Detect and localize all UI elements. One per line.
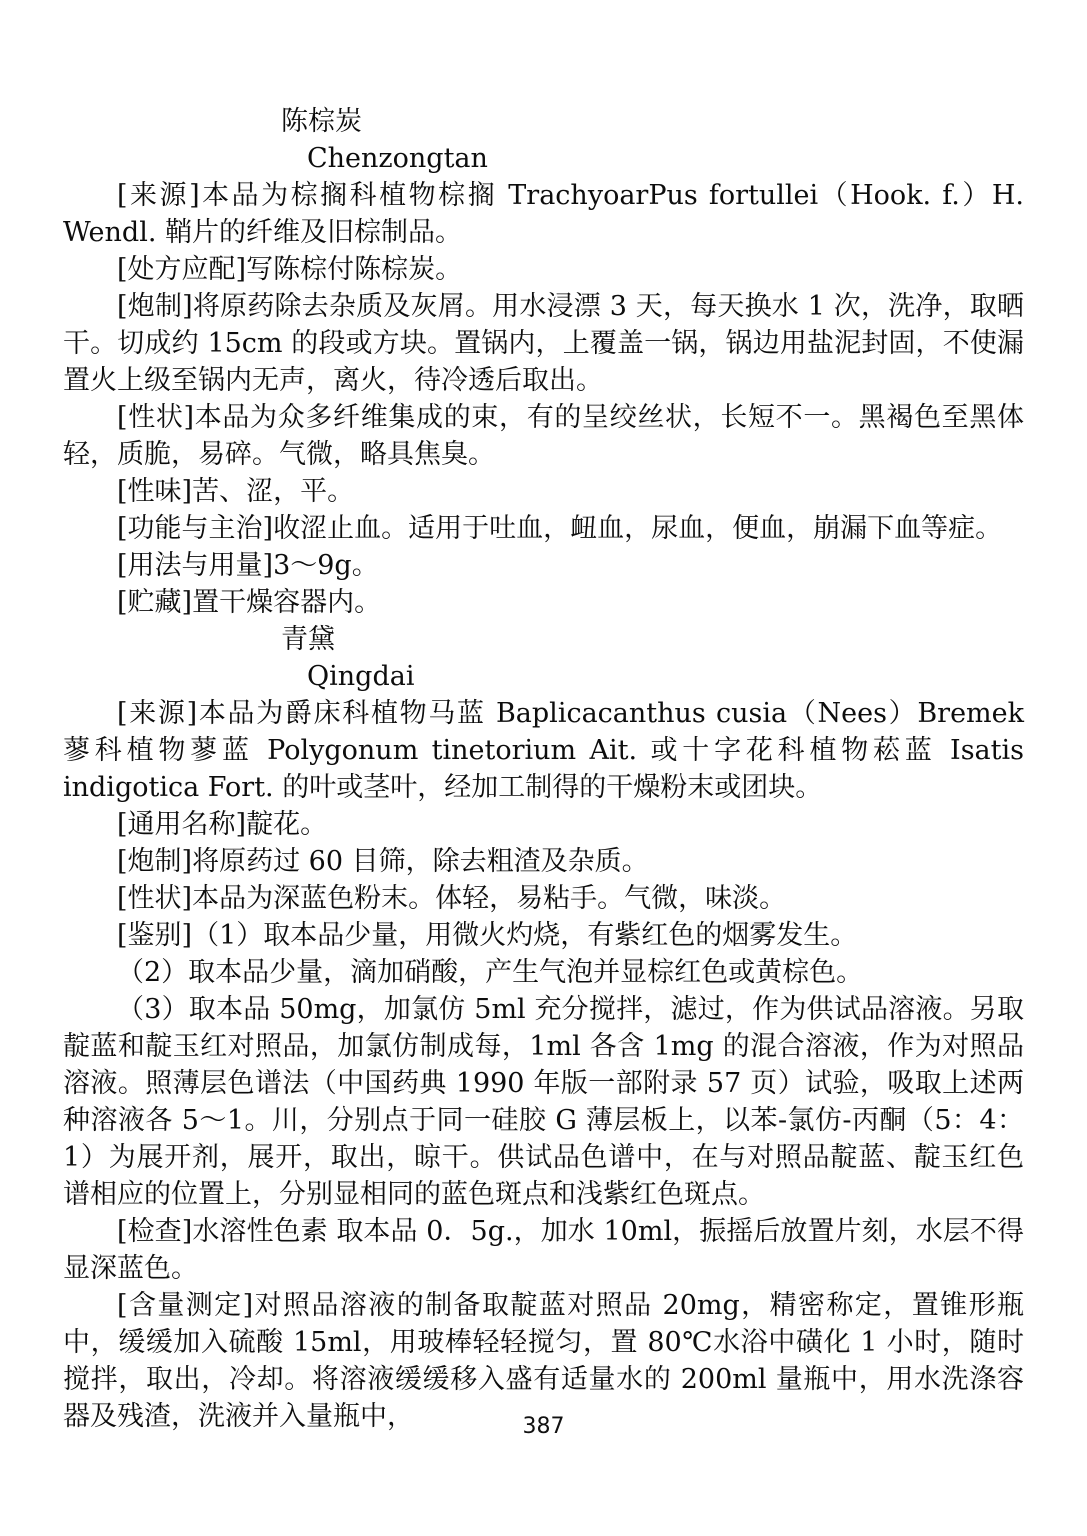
paragraph: [炮制]将原药过 60 目筛，除去粗渣及杂质。 [63,843,1024,880]
paragraph: [处方应配]写陈棕付陈棕炭。 [63,251,1024,288]
paragraph: [检查]水溶性色素 取本品 0．5g.，加水 10ml，振摇后放置片刻，水层不得… [63,1213,1024,1287]
paragraph: [通用名称]靛花。 [63,806,1024,843]
section-pinyin: Chenzongtan [63,140,1024,177]
paragraph: [贮藏]置干燥容器内。 [63,584,1024,621]
document-page: { "page": { "number": "387" }, "sections… [0,0,1087,1536]
section-pinyin: Qingdai [63,658,1024,695]
paragraph: [用法与用量]3～9g。 [63,547,1024,584]
paragraph: [鉴别]（1）取本品少量，用微火灼烧，有紫红色的烟雾发生。 [63,917,1024,954]
paragraph: （3）取本品 50mg，加氯仿 5ml 充分搅拌，滤过，作为供试品溶液。另取靛蓝… [63,991,1024,1213]
section-title: 青黛 [63,621,1024,658]
paragraph: （2）取本品少量，滴加硝酸，产生气泡并显棕红色或黄棕色。 [63,954,1024,991]
paragraph: [性状]本品为众多纤维集成的束，有的呈绞丝状，长短不一。黑褐色至黑体轻，质脆，易… [63,399,1024,473]
section-title: 陈棕炭 [63,103,1024,140]
paragraph: [功能与主治]收涩止血。适用于吐血，衄血，尿血，便血，崩漏下血等症。 [63,510,1024,547]
paragraph: [来源]本品为爵床科植物马蓝 Baplicacanthus cusia（Nees… [63,695,1024,806]
paragraph: [性状]本品为深蓝色粉末。体轻，易粘手。气微，味淡。 [63,880,1024,917]
document-content: 陈棕炭Chenzongtan[来源]本品为棕搁科植物棕搁 TrachyoarPu… [63,103,1024,1435]
page-number: 387 [0,1412,1087,1442]
paragraph: [来源]本品为棕搁科植物棕搁 TrachyoarPus fortullei（Ho… [63,177,1024,251]
paragraph: [性味]苦、涩，平。 [63,473,1024,510]
paragraph: [炮制]将原药除去杂质及灰屑。用水浸漂 3 天，每天换水 1 次，洗净，取晒干。… [63,288,1024,399]
